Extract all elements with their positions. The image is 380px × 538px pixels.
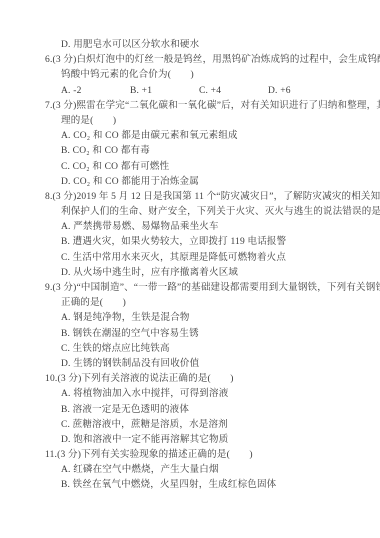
choice-item: C. +4 bbox=[199, 84, 268, 99]
q10-option-d: D. 饱和溶液中一定不能再溶解其它物质 bbox=[61, 433, 380, 448]
q7-option-c: C. CO₂ 和 CO 都有可燃性 bbox=[61, 160, 380, 175]
q10-option-b: B. 溶液一定是无色透明的液体 bbox=[61, 403, 380, 418]
q5-option-d: D. 用肥皂水可以区分软水和硬水 bbox=[61, 38, 380, 53]
q11-option-a: A. 红磷在空气中燃烧，产生大量白烟 bbox=[61, 463, 380, 478]
q7-stem-line-2: 理的是( ) bbox=[61, 114, 380, 129]
q7-option-a: A. CO₂ 和 CO 都是由碳元素和氧元素组成 bbox=[61, 129, 380, 144]
q8-stem-line-2: 利保护人们的生命、财产安全，下列关于火灾、灭火与逃生的说法错误的是( ) bbox=[61, 205, 380, 220]
q9-option-d: D. 生锈的钢铁制品没有回收价值 bbox=[61, 357, 380, 372]
q11-stem-line-1: 11.(3 分)下列有关实验现象的描述正确的是( ) bbox=[45, 448, 380, 463]
q7-option-b: B. CO₂ 和 CO 都有毒 bbox=[61, 144, 380, 159]
choice-item: A. -2 bbox=[61, 84, 130, 99]
q8-stem-line-1: 8.(3 分)2019 年 5 月 12 日是我国第 11 个“防灾减灾日”，了… bbox=[45, 190, 380, 205]
q6-choices: A. -2B. +1C. +4D. +6 bbox=[61, 84, 380, 99]
q7-stem-line-1: 7.(3 分)熙雷在学完“二氧化碳和一氧化碳”后，对有关知识进行了归纳和整理，其… bbox=[45, 99, 380, 114]
q9-option-b: B. 钢铁在潮湿的空气中容易生锈 bbox=[61, 327, 380, 342]
q10-stem-line-1: 10.(3 分)下列有关溶液的说法正确的是( ) bbox=[45, 372, 380, 387]
exam-lines: D. 用肥皂水可以区分软水和硬水6.(3 分)白炽灯泡中的灯丝一般是钨丝，用黑钨… bbox=[0, 38, 380, 494]
q9-option-a: A. 钢是纯净物，生铁是混合物 bbox=[61, 311, 380, 326]
q7-option-d: D. CO₂ 和 CO 都能用于冶炼金属 bbox=[61, 175, 380, 190]
q10-option-a: A. 将植物油加入水中搅拌，可得到溶液 bbox=[61, 387, 380, 402]
q8-option-c: C. 生活中常用水来灭火，其原理是降低可燃物着火点 bbox=[61, 251, 380, 266]
q9-stem-line-1: 9.(3 分)“中国制造”、“一带一路”的基础建设都需要用到大量钢铁，下列有关钢… bbox=[45, 281, 380, 296]
q11-option-b: B. 铁丝在氧气中燃烧，火星四射，生成红棕色固体 bbox=[61, 478, 380, 493]
exam-page: D. 用肥皂水可以区分软水和硬水6.(3 分)白炽灯泡中的灯丝一般是钨丝，用黑钨… bbox=[0, 0, 380, 538]
q6-stem-line-1: 6.(3 分)白炽灯泡中的灯丝一般是钨丝，用黑钨矿冶炼成钨的过程中，会生成钨酸(… bbox=[45, 53, 380, 68]
q10-option-c: C. 蔗糖溶液中，蔗糖是溶质，水是溶剂 bbox=[61, 418, 380, 433]
q8-option-d: D. 从火场中逃生时，应有序撤离着火区域 bbox=[61, 266, 380, 281]
q6-stem-line-2: 钨酸中钨元素的化合价为( ) bbox=[61, 68, 380, 83]
q8-option-a: A. 严禁携带易燃、易爆物品乘坐火车 bbox=[61, 220, 380, 235]
q8-option-b: B. 遭遇火灾，如果火势较大，立即拨打 119 电话报警 bbox=[61, 235, 380, 250]
q9-stem-line-2: 正确的是( ) bbox=[61, 296, 380, 311]
choice-item: D. +6 bbox=[268, 84, 291, 99]
choice-item: B. +1 bbox=[130, 84, 199, 99]
q9-option-c: C. 生铁的熔点应比纯铁高 bbox=[61, 342, 380, 357]
